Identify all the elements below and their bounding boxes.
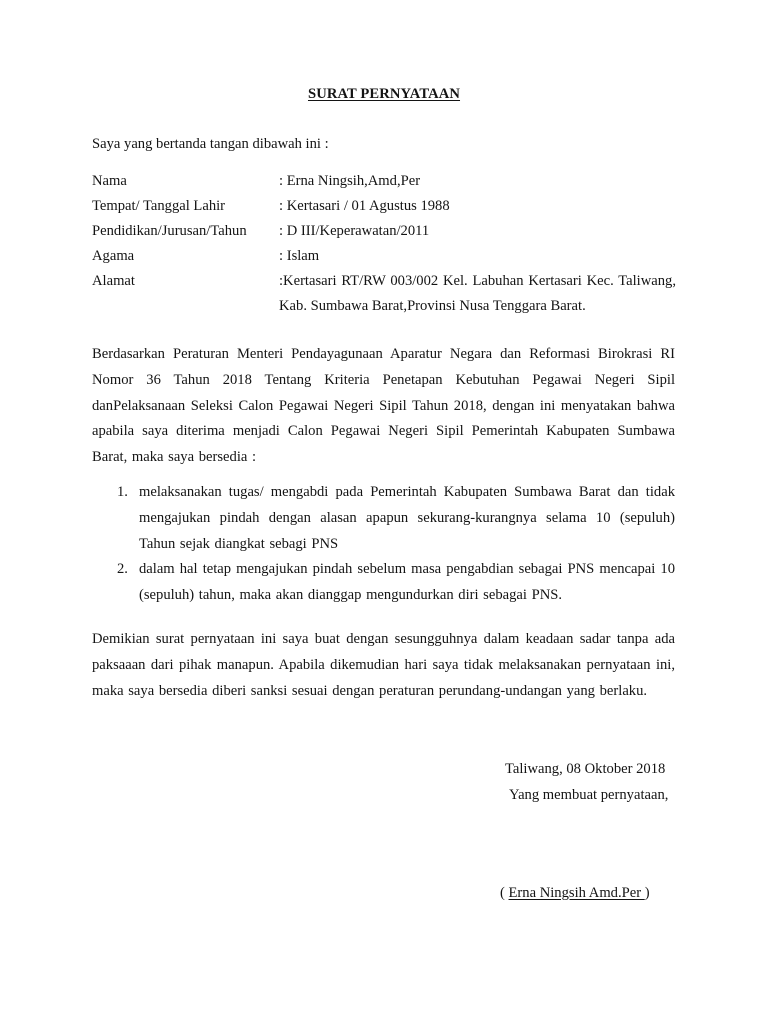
identity-row-religion: Agama : Islam [92,246,676,271]
signature-paren-open: ( [500,885,509,901]
identity-row-address: Alamat :Kertasari RT/RW 003/002 Kel. Lab… [92,269,676,319]
commitment-list: 1. melaksanakan tugas/ mengabdi pada Pem… [92,480,675,609]
identity-value: : Kertasari / 01 Agustus 1988 [279,196,676,221]
identity-label: Pendidikan/Jurusan/Tahun [92,221,279,246]
identity-label: Alamat [92,269,279,319]
list-text: dalam hal tetap mengajukan pindah sebelu… [139,557,675,609]
signature-block: ( Erna Ningsih Amd.Per ) [500,885,650,902]
identity-value: : Islam [279,246,676,271]
intro-text: Saya yang bertanda tangan dibawah ini : [92,136,329,153]
identity-value: : D III/Keperawatan/2011 [279,221,676,246]
list-text: melaksanakan tugas/ mengabdi pada Pemeri… [139,480,675,557]
body-paragraph-2: Demikian surat pernyataan ini saya buat … [92,627,675,704]
document-page: SURAT PERNYATAAN Saya yang bertanda tang… [0,0,768,1024]
signature-name: Erna Ningsih Amd.Per [509,885,645,901]
identity-row-birth: Tempat/ Tanggal Lahir : Kertasari / 01 A… [92,196,676,221]
document-title: SURAT PERNYATAAN [0,86,768,103]
identity-label: Tempat/ Tanggal Lahir [92,196,279,221]
list-item: 1. melaksanakan tugas/ mengabdi pada Pem… [92,480,675,557]
signature-paren-close: ) [645,885,650,901]
identity-row-name: Nama : Erna Ningsih,Amd,Per [92,171,676,196]
body-paragraph-1: Berdasarkan Peraturan Menteri Pendayagun… [92,342,675,471]
list-number: 2. [117,557,139,583]
signer-caption: Yang membuat pernyataan, [509,787,668,804]
identity-value: :Kertasari RT/RW 003/002 Kel. Labuhan Ke… [279,269,676,319]
identity-label: Nama [92,171,279,196]
identity-label: Agama [92,246,279,271]
identity-value: : Erna Ningsih,Amd,Per [279,171,676,196]
place-date: Taliwang, 08 Oktober 2018 [505,761,665,778]
identity-row-education: Pendidikan/Jurusan/Tahun : D III/Keperaw… [92,221,676,246]
list-number: 1. [117,480,139,506]
list-item: 2. dalam hal tetap mengajukan pindah seb… [92,557,675,609]
identity-table: Nama : Erna Ningsih,Amd,Per Tempat/ Tang… [92,171,676,319]
